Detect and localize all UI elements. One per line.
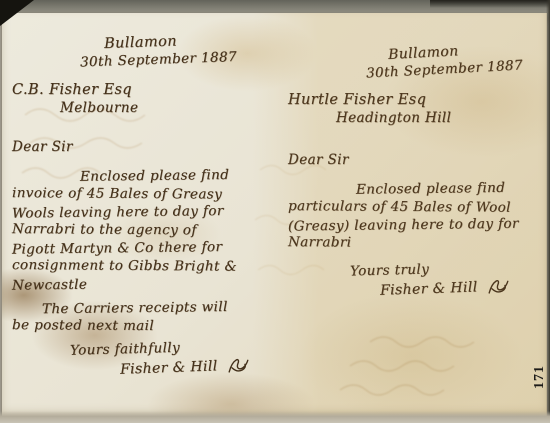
folio-number: 171 <box>532 365 548 389</box>
recipient-name: Hurtle Fisher Esq <box>288 91 540 109</box>
body-line: Narrabri <box>288 233 540 253</box>
top-edge-shadow <box>430 0 550 8</box>
letter-body: Enclosed please find invoice of 45 Bales… <box>12 167 278 293</box>
ink-bleedthrough <box>330 330 510 415</box>
salutation: Dear Sir <box>288 151 540 169</box>
body-line: Newcastle <box>12 273 278 294</box>
letter-right: Bullamon 30th September 1887 Hurtle Fish… <box>288 42 540 298</box>
signature: Fisher & Hill <box>380 275 541 301</box>
signature-name: Fisher & Hill <box>380 279 478 298</box>
letter-postscript: The Carriers receipts will be posted nex… <box>12 299 278 335</box>
signature-name: Fisher & Hill <box>120 358 218 377</box>
body-line: Enclosed please find <box>288 178 540 199</box>
body-line: be posted next mail <box>12 316 278 336</box>
letter-body: Enclosed please find particulars of 45 B… <box>288 180 540 252</box>
corner-shadow <box>0 0 34 26</box>
recipient-place: Melbourne <box>60 99 278 117</box>
body-line: particulars of 45 Bales of Wool <box>288 197 540 217</box>
letter-left: Bullamon 30th September 1887 C.B. Fisher… <box>12 32 278 377</box>
salutation: Dear Sir <box>12 138 278 156</box>
recipient-place: Headington Hill <box>336 109 540 127</box>
letter-scan: Bullamon 30th September 1887 C.B. Fisher… <box>0 0 550 423</box>
recipient-name: C.B. Fisher Esq <box>12 81 278 99</box>
signature-flourish-icon <box>486 276 513 297</box>
signature-flourish-icon <box>226 355 253 376</box>
binding-edge <box>546 0 550 423</box>
body-line: (Greasy) leaving here to day for <box>288 214 540 235</box>
signature: Fisher & Hill <box>120 354 279 380</box>
